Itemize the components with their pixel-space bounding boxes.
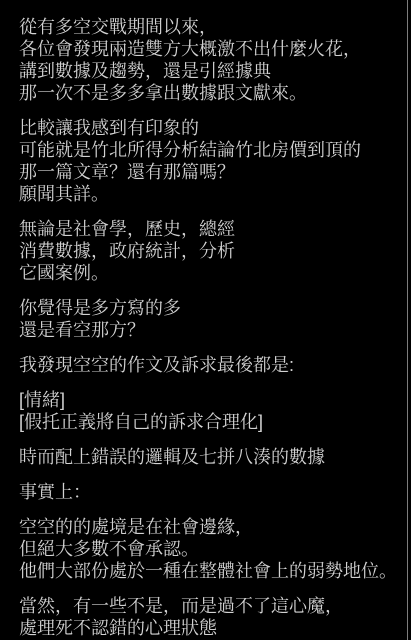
text-line: 你覺得是多方寫的多 [19,297,401,319]
text-line: 比較讓我感到有印象的 [19,117,401,139]
text-line: 無論是社會學，歷史，總經 [19,218,401,240]
text-line: 還是看空那方？ [19,319,401,341]
paragraph: 空空的的處境是在社會邊緣，但絕大多數不會承認。他們大部份處於一種在整體社會上的弱… [19,516,401,582]
text-line: [情緒] [19,389,401,411]
paragraph: 時而配上錯誤的邏輯及七拼八湊的數據 [19,446,401,468]
text-line: 那一次不是多多拿出數據跟文獻來。 [19,82,401,104]
text-line: 從有多空交戰期間以來， [19,16,401,38]
paragraph: 我發現空空的作文及訴求最後都是: [19,354,401,376]
paragraph: 事實上： [19,481,401,503]
text-line: 它國案例。 [19,262,401,284]
text-line: [假托正義將自己的訴求合理化] [19,411,401,433]
post-body: 從有多空交戰期間以來，各位會發現兩造雙方大概激不出什麼火花，講到數據及趨勢，還是… [19,16,401,639]
text-line: 願聞其詳。 [19,183,401,205]
paragraph: 無論是社會學，歷史，總經消費數據，政府統計，分析它國案例。 [19,218,401,284]
paragraph: 比較讓我感到有印象的可能就是竹北所得分析結論竹北房價到頂的那一篇文章？還有那篇嗎… [19,117,401,205]
paragraph: 當然，有一些不是，而是過不了這心魔，處理死不認錯的心理狀態 [19,595,401,639]
text-line: 講到數據及趨勢，還是引經據典 [19,60,401,82]
text-line: 可能就是竹北所得分析結論竹北房價到頂的 [19,139,401,161]
right-edge-divider [407,0,408,640]
paragraph: 你覺得是多方寫的多還是看空那方？ [19,297,401,341]
text-line: 當然，有一些不是，而是過不了這心魔， [19,595,401,617]
post-page: 從有多空交戰期間以來，各位會發現兩造雙方大概激不出什麼火花，講到數據及趨勢，還是… [0,0,411,640]
paragraph: [情緒][假托正義將自己的訴求合理化] [19,389,401,433]
text-line: 時而配上錯誤的邏輯及七拼八湊的數據 [19,446,401,468]
text-line: 空空的的處境是在社會邊緣， [19,516,401,538]
text-line: 消費數據，政府統計，分析 [19,240,401,262]
text-line: 處理死不認錯的心理狀態 [19,617,401,639]
text-line: 各位會發現兩造雙方大概激不出什麼火花， [19,38,401,60]
text-line: 事實上： [19,481,401,503]
text-line: 我發現空空的作文及訴求最後都是: [19,354,401,376]
text-line: 他們大部份處於一種在整體社會上的弱勢地位。 [19,560,401,582]
paragraph: 從有多空交戰期間以來，各位會發現兩造雙方大概激不出什麼火花，講到數據及趨勢，還是… [19,16,401,104]
text-line: 那一篇文章？還有那篇嗎？ [19,161,401,183]
text-line: 但絕大多數不會承認。 [19,538,401,560]
